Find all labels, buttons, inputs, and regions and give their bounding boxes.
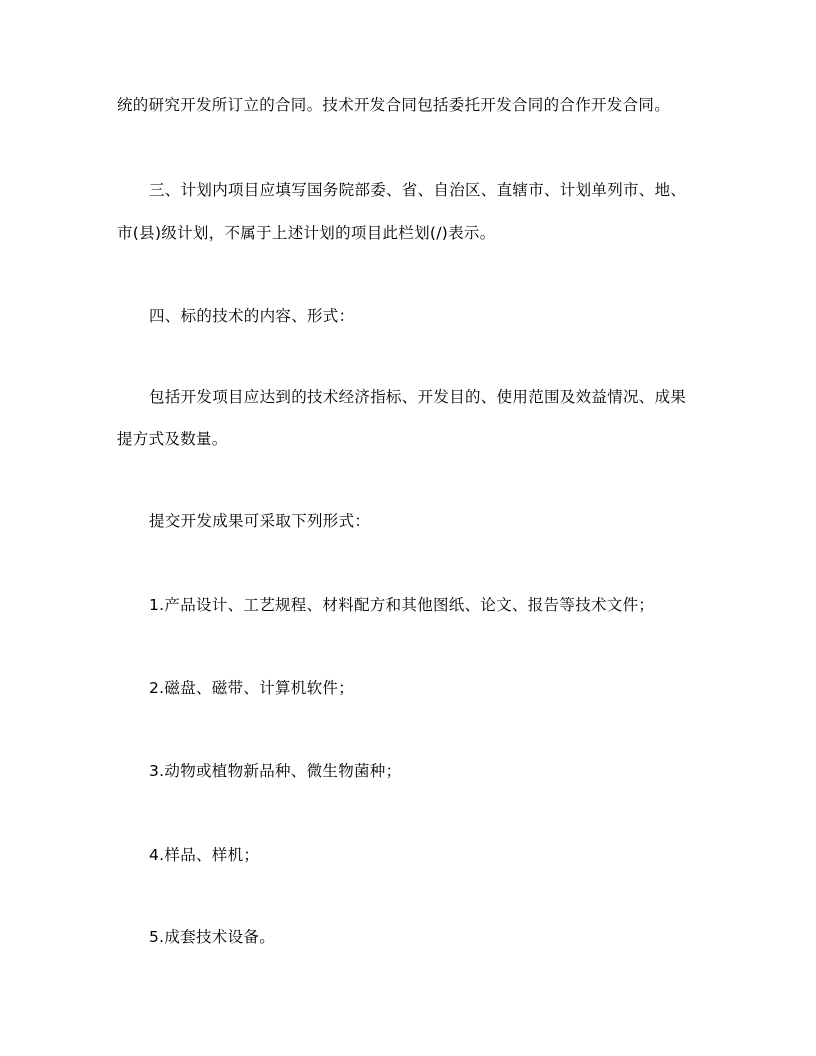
deliverable-forms-intro: 提交开发成果可采取下列形式：: [149, 511, 370, 531]
section-four-description-continuation: 提方式及数量。: [117, 429, 228, 449]
list-item-1: 1.产品设计、工艺规程、材料配方和其他图纸、论文、报告等技术文件；: [149, 595, 654, 615]
list-item-5: 5.成套技术设备。: [149, 927, 275, 947]
list-item-3: 3.动物或植物新品种、微生物菌种；: [149, 761, 401, 781]
list-item-2: 2.磁盘、磁带、计算机软件；: [149, 678, 354, 698]
section-three-plan-projects: 三、计划内项目应填写国务院部委、省、自治区、直辖市、计划单列市、地、: [149, 180, 686, 200]
section-three-continuation: 市(县)级计划，不属于上述计划的项目此栏划(/)表示。: [117, 223, 496, 243]
section-four-heading: 四、标的技术的内容、形式：: [149, 306, 354, 326]
paragraph-continuation-contract-types: 统的研究开发所订立的合同。技术开发合同包括委托开发合同的合作开发合同。: [117, 95, 670, 115]
section-four-description: 包括开发项目应达到的技术经济指标、开发目的、使用范围及效益情况、成果: [149, 387, 686, 407]
list-item-4: 4.样品、样机；: [149, 845, 259, 865]
